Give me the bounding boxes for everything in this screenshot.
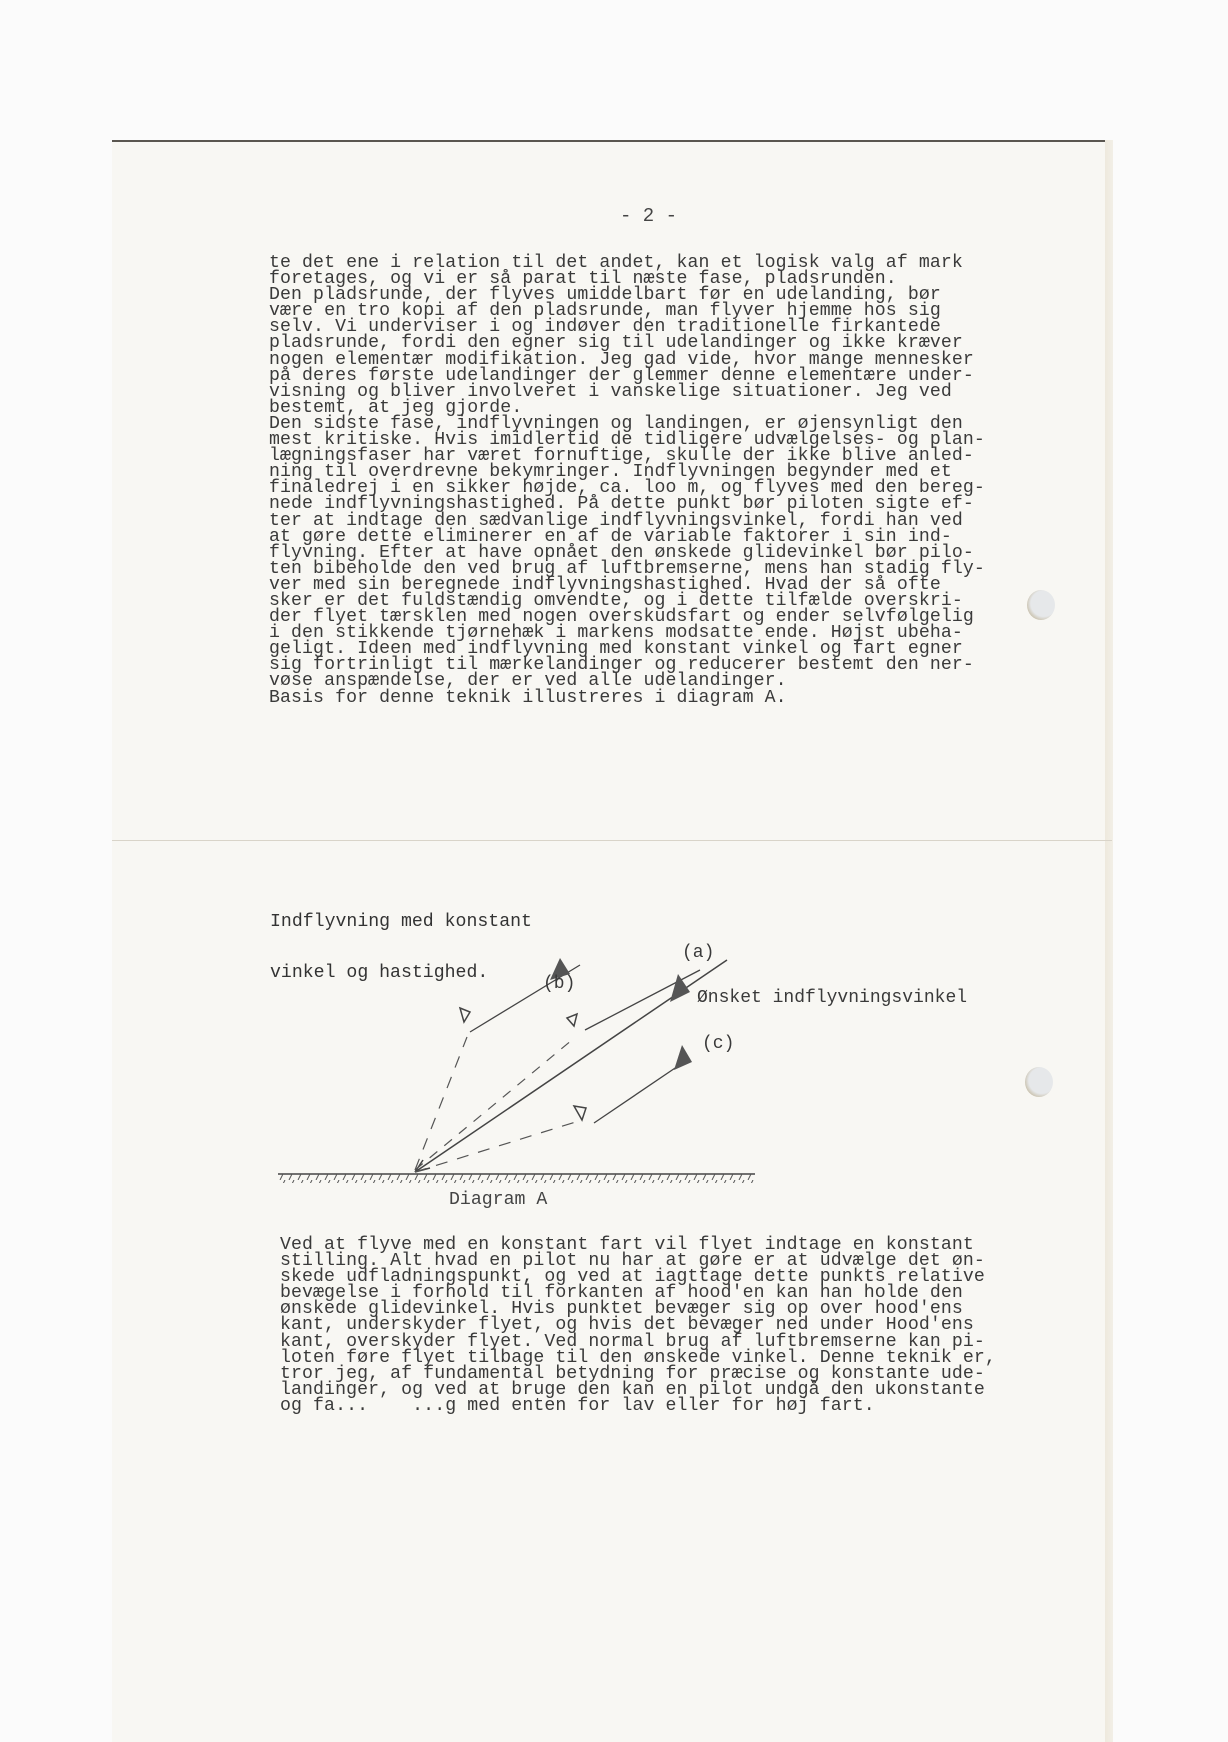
- glider-icon-c-near: [574, 1106, 586, 1120]
- fold-line: [112, 840, 1112, 841]
- label-a: (a): [682, 943, 714, 963]
- path-b: (b): [415, 958, 580, 1170]
- approach-diagram: (a) Ønsket indflyvningsvinkel (b) (c): [260, 930, 1020, 1210]
- glider-icon-a-near: [567, 1014, 577, 1026]
- body-text-bottom: Ved at flyve med en konstant fart vil fl…: [280, 1237, 996, 1414]
- body-text-top: te det ene i relation til det andet, kan…: [269, 255, 985, 706]
- page-number: - 2 -: [620, 205, 677, 227]
- glider-icon-c-far: [674, 1045, 692, 1070]
- punch-hole-bottom: [1025, 1067, 1053, 1097]
- text-line: Basis for denne teknik illustreres i dia…: [269, 690, 985, 706]
- label-b: (b): [543, 974, 575, 994]
- label-c: (c): [702, 1034, 734, 1054]
- approach-diagram-svg: (a) Ønsket indflyvningsvinkel (b) (c): [260, 930, 1020, 1210]
- path-c: (c): [415, 1034, 734, 1172]
- diagram-title: Diagram A: [449, 1190, 547, 1210]
- caption-line-1: Indflyvning med konstant: [270, 914, 532, 931]
- path-a: (a) Ønsket indflyvningsvinkel: [415, 943, 967, 1172]
- punch-hole-top: [1027, 590, 1055, 620]
- glider-icon-b-near: [460, 1008, 470, 1022]
- paper-edge: [1105, 140, 1113, 1742]
- glider-icon-a-far: [670, 974, 690, 1002]
- text-line: og fa... ...g med enten for lav eller fo…: [280, 1398, 996, 1414]
- desired-angle-label: Ønsket indflyvningsvinkel: [697, 988, 967, 1008]
- ground-line: [278, 1174, 755, 1183]
